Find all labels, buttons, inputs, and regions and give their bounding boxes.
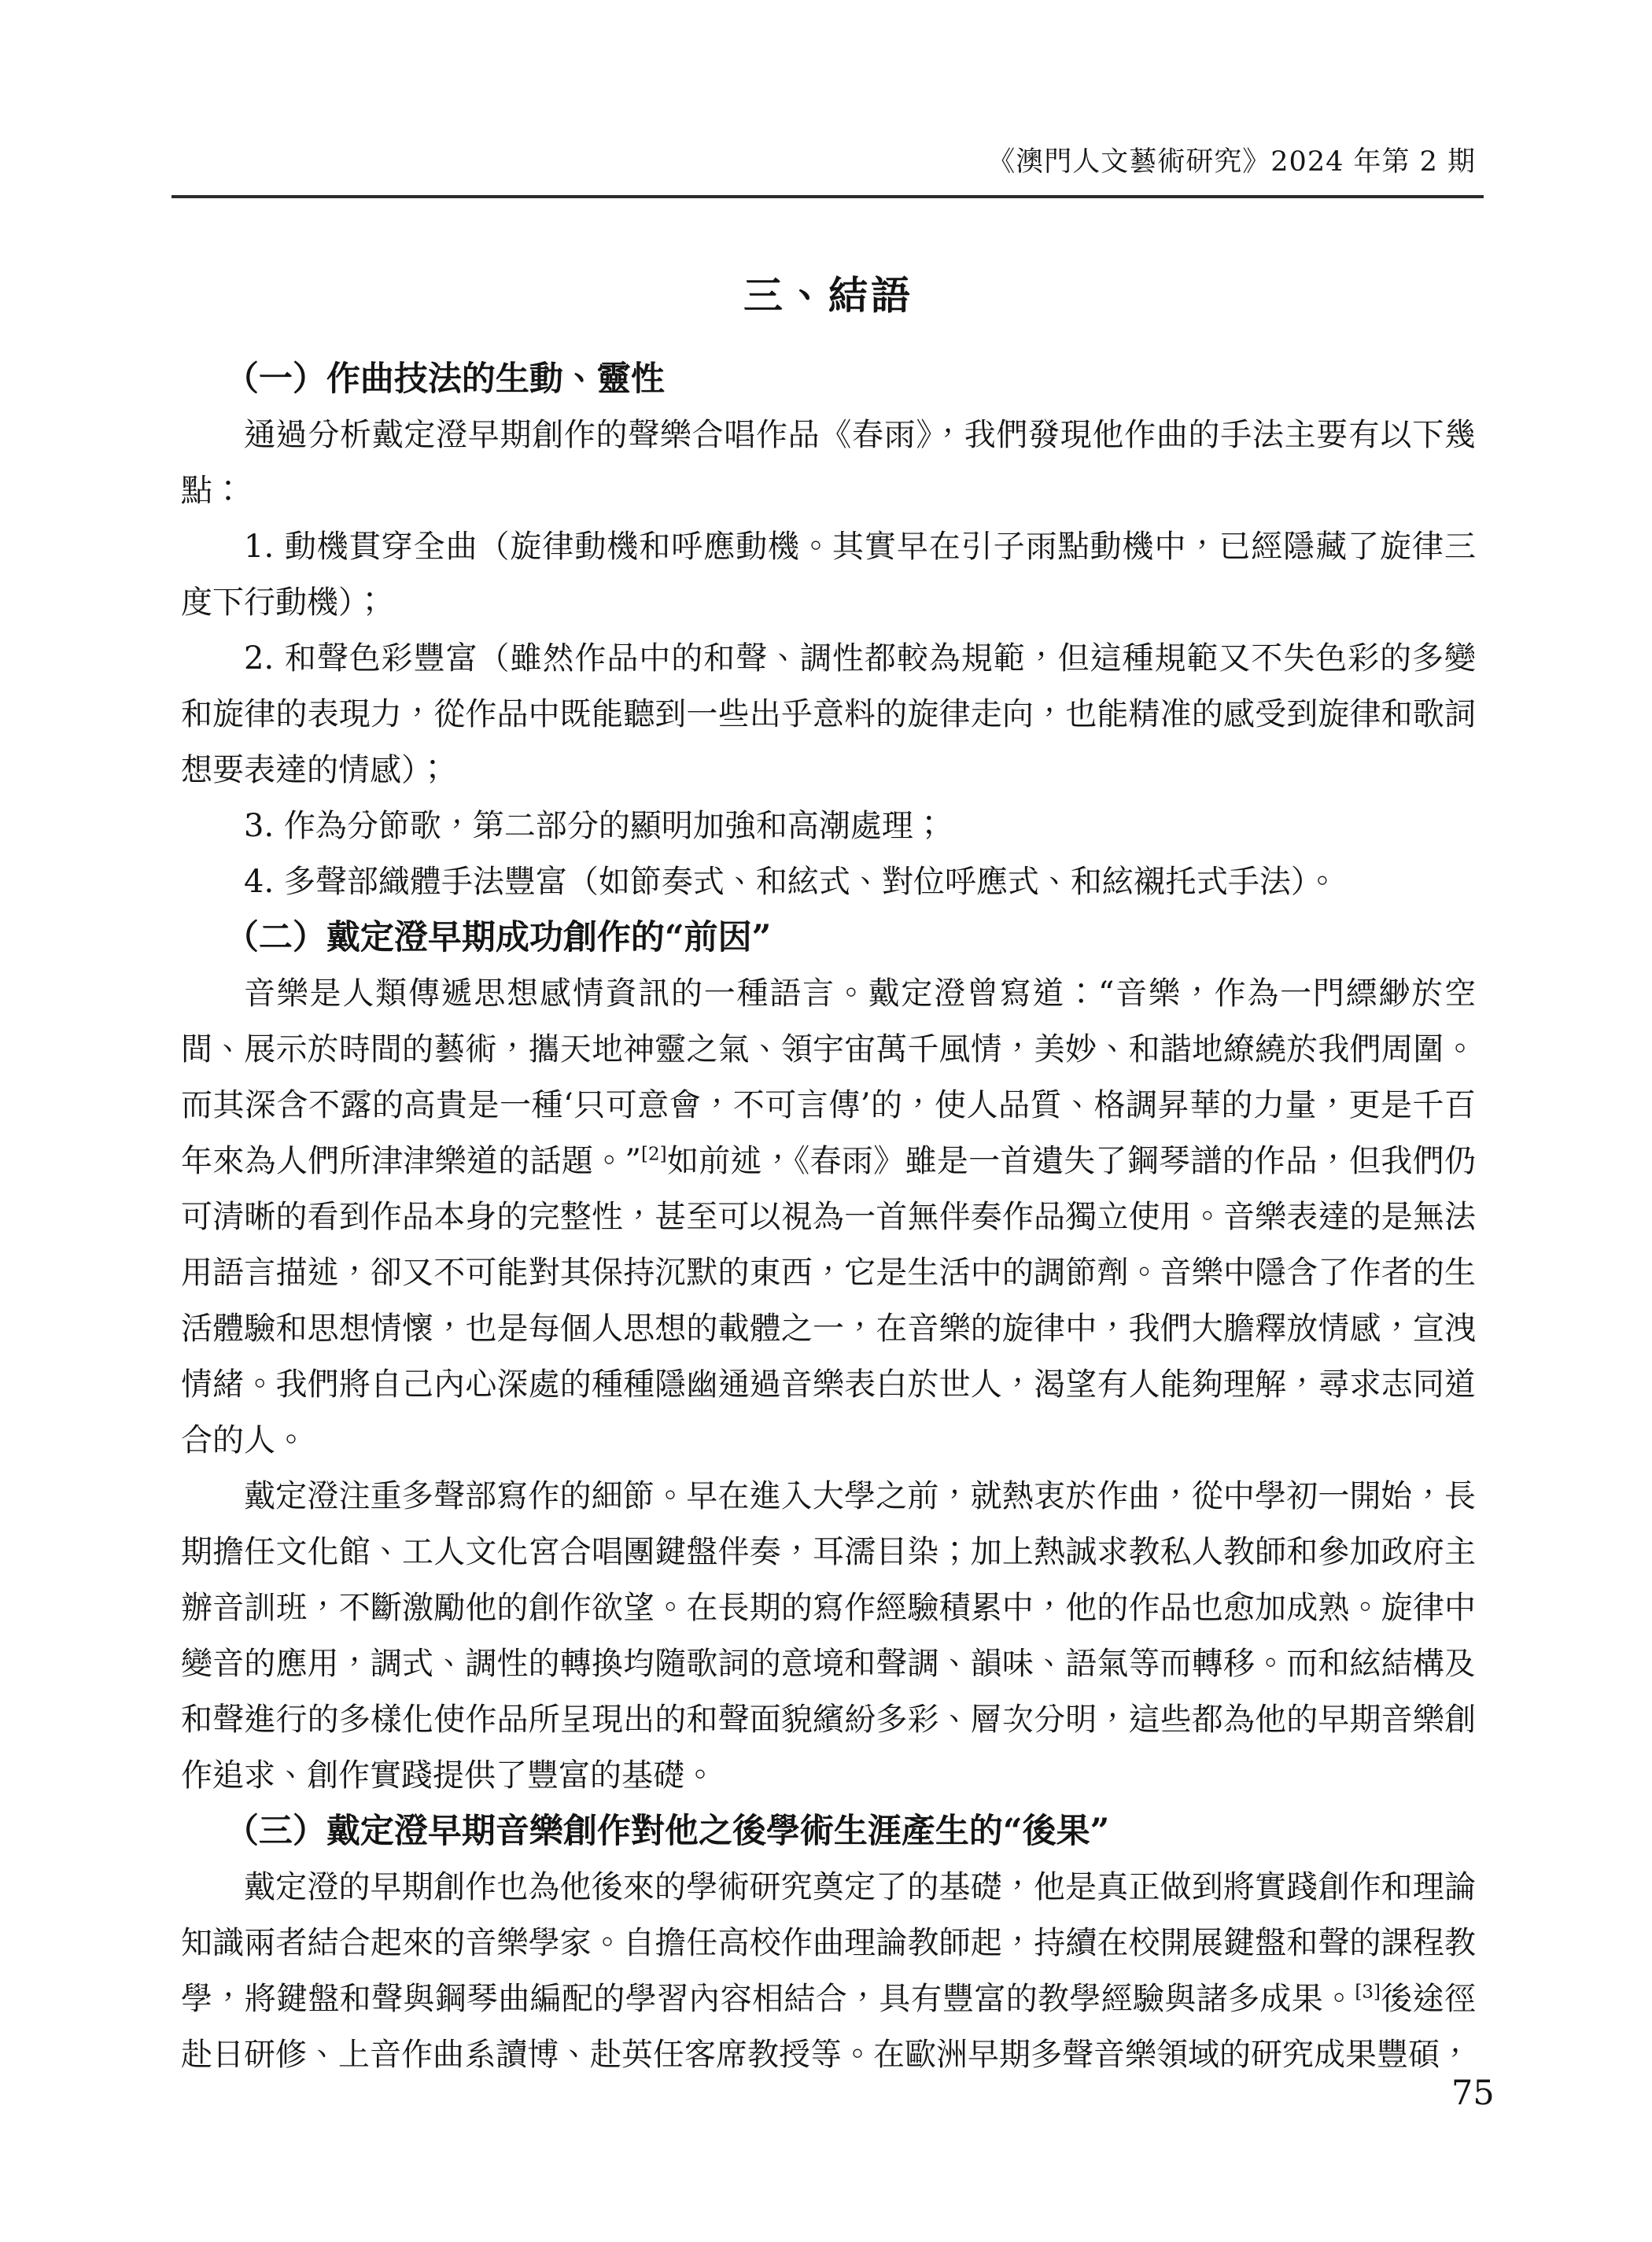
list-item-4: 4. 多聲部織體手法豐富（如節奏式、和絃式、對位呼應式、和絃襯托式手法）。 [181, 854, 1476, 910]
article-body: 三、結語 （一）作曲技法的生動、靈性 通過分析戴定澄早期創作的聲樂合唱作品《春雨… [181, 271, 1476, 2083]
section-2-paragraph-2: 戴定澄注重多聲部寫作的細節。早在進入大學之前，就熱衷於作曲，從中學初一開始，長期… [181, 1469, 1476, 1804]
list-item-2: 2. 和聲色彩豐富（雖然作品中的和聲、調性都較為規範，但這種規範又不失色彩的多變… [181, 631, 1476, 798]
footnote-ref-3: [3] [1355, 1982, 1381, 2003]
paragraph-text: 如前述，《春雨》雖是一首遺失了鋼琴譜的作品，但我們仍可清晰的看到作品本身的完整性… [181, 1143, 1476, 1458]
paragraph-text: 戴定澄的早期創作也為他後來的學術研究奠定了的基礎，他是真正做到將實踐創作和理論知… [181, 1869, 1476, 2017]
document-page: 《澳門人文藝術研究》2024 年第 2 期 三、結語 （一）作曲技法的生動、靈性… [0, 0, 1652, 2242]
section-1-intro-paragraph: 通過分析戴定澄早期創作的聲樂合唱作品《春雨》，我們發現他作曲的手法主要有以下幾點… [181, 407, 1476, 519]
page-number: 75 [1451, 2074, 1495, 2113]
list-item-1: 1. 動機貫穿全曲（旋律動機和呼應動機。其實早在引子雨點動機中，已經隱藏了旋律三… [181, 519, 1476, 631]
section-1-heading: （一）作曲技法的生動、靈性 [181, 352, 1476, 407]
page-title: 三、結語 [181, 271, 1476, 320]
list-item-3: 3. 作為分節歌，第二部分的顯明加強和高潮處理； [181, 798, 1476, 854]
footnote-ref-2: [2] [641, 1145, 667, 1165]
section-3-paragraph-1: 戴定澄的早期創作也為他後來的學術研究奠定了的基礎，他是真正做到將實踐創作和理論知… [181, 1860, 1476, 2083]
section-2-heading: （二）戴定澄早期成功創作的“前因” [181, 910, 1476, 966]
section-2-paragraph-1: 音樂是人類傳遞思想感情資訊的一種語言。戴定澄曾寫道：“音樂，作為一門縹緲於空間、… [181, 966, 1476, 1469]
journal-running-head: 《澳門人文藝術研究》2024 年第 2 期 [181, 145, 1476, 179]
header-rule [171, 195, 1484, 198]
section-3-heading: （三）戴定澄早期音樂創作對他之後學術生涯產生的“後果” [181, 1804, 1476, 1860]
